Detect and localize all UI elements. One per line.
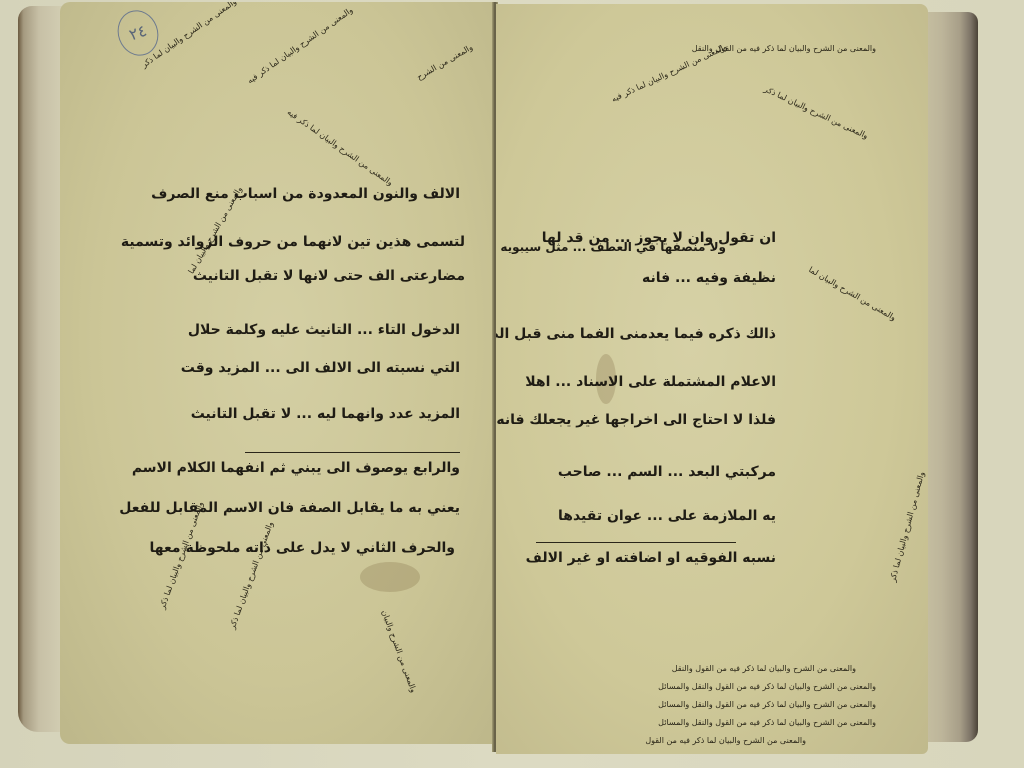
gloss-line: ﻭﺍﻟﻤﻌﻨﻰ ﻣﻦ ﺍﻟﺸﺮﺡ ﻭﺍﻟﺒﻴﺎﻥ ﻟﻤﺎ ﺫﻛﺮ ﻓﻴﻪ ﻣﻦ …: [526, 718, 876, 727]
gloss-line: ﻭﺍﻟﻤﻌﻨﻰ ﻣﻦ ﺍﻟﺸﺮﺡ ﻭﺍﻟﺒﻴﺎﻥ ﻟﻤﺎ ﺫﻛﺮ ﻓﻴﻪ ﻣﻦ …: [526, 736, 806, 745]
main-text-line: فلذا لا احتاج الى اخراجها غير يجعلك فانه…: [536, 412, 776, 428]
main-text-line: المزيد عدد وانهما ليه ... لا تقبل التاني…: [240, 406, 460, 422]
gloss-line: ﻭﺍﻟﻤﻌﻨﻰ ﻣﻦ ﺍﻟﺸﺮﺡ ﻭﺍﻟﺒﻴﺎﻥ ﻟﻤﺎ ﺫﻛﺮ: [866, 471, 926, 667]
gloss-line: ﻭﺍﻟﻤﻌﻨﻰ ﻣﻦ ﺍﻟﺸﺮﺡ ﻭﺍﻟﺒﻴﺎﻥ ﻟﻤﺎ ﺫﻛﺮ: [703, 56, 870, 140]
gloss-line: ﻭﺍﻟﻤﻌﻨﻰ ﻣﻦ ﺍﻟﺸﺮﺡ ﻭﺍﻟﺒﻴﺎﻥ ﻟﻤﺎ: [156, 185, 244, 328]
gloss-line: ﻭﺍﻟﻤﻌﻨﻰ ﻣﻦ ﺍﻟﺸﺮﺡ ﻭﺍﻟﺒﻴﺎﻥ ﻟﻤﺎ ﺫﻛﺮ ﻓﻴﻪ ﻣﻦ …: [526, 700, 876, 709]
gloss-line: ﻭﺍﻟﻤﻌﻨﻰ ﻣﻦ ﺍﻟﺸﺮﺡ ﻭﺍﻟﺒﻴﺎﻥ ﻟﻤﺎ ﺫﻛﺮ ﻓﻴﻪ ﻣﻦ …: [526, 682, 876, 691]
gloss-line: ﻭﺍﻟﻤﻌﻨﻰ ﻣﻦ ﺍﻟﺸﺮﺡ ﻭﺍﻟﺒﻴﺎﻥ ﻟﻤﺎ ﺫﻛﺮ ﻓﻴﻪ: [543, 42, 728, 135]
right-page: ﻭﺍﻟﻤﻌﻨﻰ ﻣﻦ ﺍﻟﺸﺮﺡ ﻭﺍﻟﺒﻴﺎﻥ ﻟﻤﺎ ﺫﻛﺮ ﻓﻴﻪ ﻣﻦ …: [496, 4, 928, 754]
gloss-line: ﻭﺍﻟﻤﻌﻨﻰ ﻣﻦ ﺍﻟﺸﺮﺡ: [366, 43, 474, 111]
main-text-line: مركبتي البعد ... السم ... صاحب: [536, 464, 776, 480]
gloss-line: ﻭﺍﻟﻤﻌﻨﻰ ﻣﻦ ﺍﻟﺸﺮﺡ ﻭﺍﻟﺒﻴﺎﻥ ﻟﻤﺎ ﺫﻛﺮ: [135, 500, 205, 672]
main-text-line: والرابع يوصوف الى يبني ثم انفهما الكلام …: [240, 460, 460, 476]
main-text-line: الالف والنون المعدودة من اسباب منع الصرف: [240, 186, 460, 202]
main-text-line: التي نسبته الى الالف الى ... المزيد وقت: [240, 360, 460, 376]
gloss-line: ﻭﺍﻟﻤﻌﻨﻰ ﻣﻦ ﺍﻟﺸﺮﺡ ﻭﺍﻟﺒﻴﺎﻥ ﻟﻤﺎ ﺫﻛﺮ ﻓﻴﻪ: [186, 5, 355, 127]
main-text-line: لتسمى هذين تين لانهما من حروف الزوائد وت…: [235, 234, 465, 250]
main-text-line: الاعلام المشتملة على الاسناد ... اهلا: [556, 374, 776, 390]
gloss-line: ﻭﺍﻟﻤﻌﻨﻰ ﻣﻦ ﺍﻟﺸﺮﺡ ﻭﺍﻟﺒﻴﺎﻥ ﻟﻤﺎ ﺫﻛﺮ ﻓﻴﻪ ﻣﻦ …: [526, 664, 856, 673]
main-text-line: ذالك ذكره فيما يعدمنى الفما منى قبل الطب…: [536, 326, 776, 342]
main-text-line: يعني به ما يقابل الصفة فان الاسم المقابل…: [240, 500, 460, 516]
main-text-line: نظيفة وفيه ... فانه: [616, 270, 776, 286]
main-text-line: والحرف الثاني لا يدل على ذاته ملحوظة معه…: [245, 540, 455, 556]
gloss-line: ﻭﺍﻟﻤﻌﻨﻰ ﻣﻦ ﺍﻟﺸﺮﺡ ﻭﺍﻟﺒﻴﺎﻥ ﻟﻤﺎ ﺫﻛﺮ ﻓﻴﻪ: [226, 65, 395, 187]
main-text-line: يه الملازمة على ... عوان تقيدها: [536, 508, 776, 524]
underline: [536, 542, 736, 543]
main-text-line: ولا منصفها في العطف ... مثل سيبويه: [536, 240, 726, 254]
left-page: ﻭﺍﻟﻤﻌﻨﻰ ﻣﻦ ﺍﻟﺸﺮﺡ ﻭﺍﻟﺒﻴﺎﻥ ﻟﻤﺎ ﺫﻛﺮ ﻭﺍﻟﻤﻌﻨﻰ…: [60, 2, 496, 744]
main-text-line: نسبه الفوقيه او اضافته او غير الالف: [536, 550, 776, 566]
main-text-line: الدخول التاء ... التانيث عليه وكلمة حلال: [240, 322, 460, 338]
underline: [245, 452, 460, 453]
main-text-line: مضارعتى الف حتى لانها لا تقبل التانيث: [235, 268, 465, 284]
